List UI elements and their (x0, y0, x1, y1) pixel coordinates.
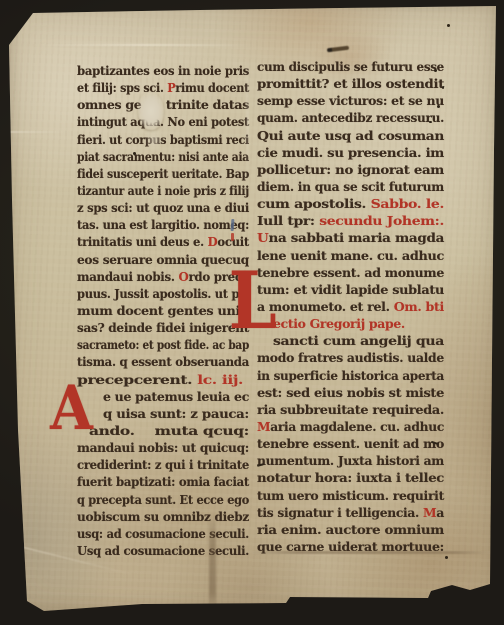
text-line-row: que carne uiderat mortuue: (257, 539, 444, 554)
text-line: tis signatur i telligencia. Ma (257, 502, 444, 519)
text-line: tenebre essent. uenit ad mo (257, 433, 444, 450)
text-line: q uisa sunt: z pauca: (77, 403, 249, 420)
text-line: puus. Jussit apostolis. ut pri (77, 283, 249, 300)
text-line-row: crediderint: z qui i trinitate (77, 457, 249, 472)
text-line-row: z sps sci: ut quoz una e diui (77, 200, 249, 215)
text-line: est: sed eius nobis st miste (257, 382, 444, 399)
text-line: in superficie historica aperta (257, 365, 444, 382)
text-line-row: sas? deinde fidei inigerent (77, 320, 249, 335)
text-line-row: quam. antecedibz recessuru. (257, 110, 444, 125)
text-line-row: eos seruare omnia quecuq (77, 252, 249, 267)
text-line: pollicetur: no ignorat eam (257, 159, 444, 176)
rubric-text: M (257, 419, 270, 434)
text-line-row: Iull tpr: secundu Johem:. (257, 213, 444, 228)
text-line-row: tenebre essent. ad monume (257, 265, 444, 280)
text-line: precepcerent. lc. iij. (77, 369, 249, 386)
text-line-row: omnes ge trinite datas (77, 97, 249, 112)
text-line-row: et filij: sps sci. Primu docent (77, 80, 249, 95)
rubric-text: lc. iij. (197, 372, 243, 387)
text-line-row: cum discipulis se futuru esse (257, 59, 444, 74)
shelfmark-inscription: S.VIII.A.LXXII.b (36, 5, 111, 13)
text-line-row: cum apostolis. Sabbo. le. (257, 196, 444, 211)
text-line: sas? deinde fidei inigerent (77, 317, 249, 334)
text-line: tizantur aute i noie pris z filij (77, 180, 249, 197)
text-line: cie mudi. su presencia. im (257, 142, 444, 159)
text-line-row: modo fratres audistis. ualde (257, 350, 444, 365)
text-line-row: ectio Gregorij pape. (273, 316, 405, 331)
text-line-row: numentum. Juxta histori am (257, 453, 444, 468)
rubric-text: Sabbo. le. (371, 196, 444, 211)
text-line-row: Maria magdalene. cu. adhuc (257, 419, 444, 434)
rubric-text: P (167, 80, 175, 95)
initial-L: L (229, 262, 277, 340)
text-line: tum: et vidit lapide sublatu (257, 279, 444, 296)
body-text: tenebre essent. uenit ad mo (257, 436, 444, 451)
text-line-row: ria subbreuitate requireda. (257, 402, 444, 417)
crease-line (8, 131, 70, 133)
body-text: promittit? et illos ostendit (257, 76, 444, 91)
body-text: sancti cum angelij qua (273, 333, 444, 348)
body-text: e ue patemus leuia ec (103, 389, 249, 404)
text-line-row: sacrameto: et post fide. ac bap (77, 337, 249, 352)
text-line-row: in superficie historica aperta (257, 368, 444, 383)
body-text: Qui aute usq ad cosuman (257, 128, 444, 143)
text-line: promittit? et illos ostendit (257, 73, 444, 90)
text-line: tisma. q essent obseruanda (77, 351, 249, 368)
text-line: uobiscum su omnibz diebz (77, 506, 249, 523)
ink-speck (437, 105, 440, 108)
body-text: puus. Jussit apostolis. ut pri (77, 286, 249, 301)
ink-speck (429, 121, 432, 123)
text-line: Usq ad cosumacione seculi. (77, 540, 249, 557)
body-text: sacrameto: et post fide. ac bap (77, 337, 249, 352)
text-line: ria subbreuitate requireda. (257, 399, 444, 416)
rubric-text: ectio Gregorij pape. (273, 316, 405, 331)
body-text: cum discipulis se futuru esse (257, 59, 444, 74)
text-line-row: precepcerent. lc. iij. (77, 372, 243, 387)
text-line-row: Una sabbati maria magda (257, 230, 444, 245)
body-text: tum uero misticum. requirit (257, 488, 444, 503)
text-line: baptizantes eos in noie pris (77, 60, 249, 77)
text-line: crediderint: z qui i trinitate (77, 454, 249, 471)
body-text: q uisa sunt: z pauca: (103, 406, 249, 421)
body-text: fidei susceperit ueritate. Bap (77, 166, 249, 181)
text-line-row: fieri. ut corpus baptismi reci (77, 132, 249, 147)
rubric-text: secundu Johem:. (319, 213, 444, 228)
text-line: sacrameto: et post fide. ac bap (77, 334, 249, 351)
body-text: cie mudi. su presencia. im (257, 145, 444, 160)
body-text: intingut aqua. No eni potest (77, 114, 249, 129)
text-line: q precepta sunt. Et ecce ego (77, 489, 249, 506)
body-text: omnes ge (77, 97, 141, 112)
text-line-row: trinitatis uni deus e. Docuit (77, 234, 249, 249)
rubric-text: M (423, 505, 436, 520)
body-text: tas. una est largitio. nomeq: (77, 217, 249, 232)
text-line: mandaui nobis: ut quicuq: (77, 437, 249, 454)
text-line: fuerit baptizati: omia faciat (77, 471, 249, 488)
text-line-row: e ue patemus leuia ec (103, 389, 249, 404)
manuscript-leaf: S.VIII.A.LXXII.b baptizantes eos in noie… (0, 0, 504, 625)
body-text: in superficie historica aperta (257, 368, 444, 383)
ink-speck (447, 24, 450, 27)
initial-A: A (50, 378, 93, 439)
text-line: trinitatis uni deus e. Docuit (77, 231, 249, 248)
text-line: eos seruare omnia quecuq (77, 249, 249, 266)
body-text: sas? deinde fidei inigerent (77, 320, 249, 335)
text-line: intingut aqua. No eni potest (77, 111, 249, 128)
text-line: lene uenit mane. cu. adhuc (257, 245, 444, 262)
body-text: Iull tpr: (257, 213, 319, 228)
body-text: precepcerent. (77, 372, 197, 387)
body-text: modo fratres audistis. ualde (257, 350, 444, 365)
text-line-row: tas. una est largitio. nomeq: (77, 217, 249, 232)
text-line: omnes ge trinite datas (77, 94, 249, 111)
text-line: diem. in qua se scit futurum (257, 176, 444, 193)
body-text: trinite datas (166, 97, 249, 112)
text-line: semp esse victuros: et se nu (257, 90, 444, 107)
body-text: rimu docent (175, 80, 249, 95)
text-line-row: tizantur aute i noie pris z filij (77, 183, 249, 198)
body-text: a monumeto. et rel. (257, 299, 394, 314)
text-line: a monumeto. et rel. Om. bti (257, 296, 444, 313)
body-text: trinitatis uni deus e. (77, 234, 208, 249)
body-text: diem. in qua se scit futurum (257, 179, 444, 194)
text-line: tas. una est largitio. nomeq: (77, 214, 249, 231)
body-text: Usq ad cosumacione seculi. (77, 543, 249, 558)
ink-speck (445, 556, 448, 559)
crease-line (30, 44, 260, 46)
text-line: ando. muta qcuq: (77, 420, 249, 437)
text-line: Maria magdalene. cu. adhuc (257, 416, 444, 433)
text-line-row: tisma. q essent obseruanda (77, 354, 249, 369)
body-text: baptizantes eos in noie pris (77, 63, 249, 78)
rubric-text: O (178, 269, 188, 284)
text-line: mum docent gentes uniu (77, 300, 249, 317)
body-text: que carne uiderat mortuue: (257, 539, 444, 554)
text-line-row: cie mudi. su presencia. im (257, 145, 444, 160)
text-line: numentum. Juxta histori am (257, 450, 444, 467)
text-line-row: uobiscum su omnibz diebz (77, 509, 249, 524)
body-text: piat sacramentu: nisi ante aia (77, 149, 249, 164)
body-text: tum: et vidit lapide sublatu (257, 282, 444, 297)
text-line: tum uero misticum. requirit (257, 485, 444, 502)
paraph-mark-red (231, 233, 234, 241)
text-line-row: sancti cum angelij qua (273, 333, 444, 348)
body-text: mum docent gentes uniu (77, 303, 249, 318)
text-line: ectio Gregorij pape. (257, 313, 444, 330)
text-line-row: diem. in qua se scit futurum (257, 179, 444, 194)
body-text: est: sed eius nobis st miste (257, 385, 444, 400)
ink-speck (133, 152, 136, 155)
body-text: a (436, 505, 444, 520)
body-text: uobiscum su omnibz diebz (77, 509, 249, 524)
body-text: semp esse victuros: et se nu (257, 93, 444, 108)
text-line-row: q precepta sunt. Et ecce ego (77, 492, 249, 507)
body-text: usq: ad cosumacione seculi. (77, 526, 249, 541)
text-line-row: est: sed eius nobis st miste (257, 385, 444, 400)
text-line-row: a monumeto. et rel. Om. bti (257, 299, 444, 314)
photo-background: S.VIII.A.LXXII.b baptizantes eos in noie… (0, 0, 504, 625)
body-text: crediderint: z qui i trinitate (77, 457, 249, 472)
text-line-row: promittit? et illos ostendit (257, 76, 444, 91)
text-line-row: fidei susceperit ueritate. Bap (77, 166, 249, 181)
text-line: Una sabbati maria magda (257, 227, 444, 244)
text-line: quam. antecedibz recessuru. (257, 107, 444, 124)
text-line: piat sacramentu: nisi ante aia (77, 146, 249, 163)
text-line: fidei susceperit ueritate. Bap (77, 163, 249, 180)
text-line: notatur hora: iuxta i tellec (257, 467, 444, 484)
body-text: fuerit baptizati: omia faciat (77, 474, 249, 489)
text-line: ria enim. auctore omnium (257, 519, 444, 536)
text-line: cum discipulis se futuru esse (257, 56, 444, 73)
text-line-row: tis signatur i telligencia. Ma (257, 505, 444, 520)
ink-speck (434, 69, 437, 72)
text-line: tenebre essent. ad monume (257, 262, 444, 279)
body-text: mandaui nobis: ut quicuq: (77, 440, 249, 455)
text-line: cum apostolis. Sabbo. le. (257, 193, 444, 210)
text-line: fieri. ut corpus baptismi reci (77, 129, 249, 146)
body-text: ria enim. auctore omnium (257, 522, 444, 537)
body-text: mandaui nobis. (77, 269, 178, 284)
text-line: modo fratres audistis. ualde (257, 347, 444, 364)
ink-speck (442, 86, 444, 89)
body-text (141, 97, 165, 112)
text-column-right: cum discipulis se futuru essepromittit? … (257, 56, 444, 553)
text-line-row: ria enim. auctore omnium (257, 522, 444, 537)
text-line-row: Usq ad cosumacione seculi. (77, 543, 249, 558)
text-column-left: baptizantes eos in noie priset filij: sp… (77, 60, 249, 557)
body-text: notatur hora: iuxta i tellec (257, 470, 444, 485)
body-text: numentum. Juxta histori am (257, 453, 444, 468)
text-line-row: ando. muta qcuq: (89, 423, 249, 438)
rubric-text: U (257, 230, 268, 245)
text-line-row: piat sacramentu: nisi ante aia (77, 149, 249, 164)
parchment-slit (327, 46, 349, 53)
body-text: lene uenit mane. cu. adhuc (257, 248, 444, 263)
body-text: z sps sci: ut quoz una e diui (77, 200, 249, 215)
text-line: que carne uiderat mortuue: (257, 536, 444, 553)
text-line: z sps sci: ut quoz una e diui (77, 197, 249, 214)
text-line-row: intingut aqua. No eni potest (77, 114, 249, 129)
body-text: quam. antecedibz recessuru. (257, 110, 444, 125)
text-line-row: mandaui nobis. Ordo prece (77, 269, 249, 284)
body-text: tisma. q essent obseruanda (77, 354, 249, 369)
body-text: ria subbreuitate requireda. (257, 402, 444, 417)
body-text: et filij: sps sci. (77, 80, 167, 95)
rubric-text: Om. bti (394, 299, 444, 314)
body-text: tis signatur i telligencia. (257, 505, 423, 520)
body-text: eos seruare omnia quecuq (77, 252, 249, 267)
text-line: mandaui nobis. Ordo prece (77, 266, 249, 283)
text-line-row: pollicetur: no ignorat eam (257, 162, 444, 177)
text-line: Qui aute usq ad cosuman (257, 125, 444, 142)
body-text: tenebre essent. ad monume (257, 265, 444, 280)
body-text: pollicetur: no ignorat eam (257, 162, 444, 177)
text-line: Iull tpr: secundu Johem:. (257, 210, 444, 227)
body-text: aria magdalene. cu. adhuc (270, 419, 444, 434)
text-line-row: fuerit baptizati: omia faciat (77, 474, 249, 489)
body-text: fieri. ut corpus baptismi reci (77, 132, 249, 147)
body-text: cum apostolis. (257, 196, 371, 211)
text-line: usq: ad cosumacione seculi. (77, 523, 249, 540)
text-line-row: lene uenit mane. cu. adhuc (257, 248, 444, 263)
text-line-row: mum docent gentes uniu (77, 303, 249, 318)
body-text: na sabbati maria magda (268, 230, 444, 245)
text-line-row: usq: ad cosumacione seculi. (77, 526, 249, 541)
text-line-row: Qui aute usq ad cosuman (257, 128, 444, 143)
body-text: q precepta sunt. Et ecce ego (77, 492, 249, 507)
text-line-row: q uisa sunt: z pauca: (103, 406, 249, 421)
text-line: e ue patemus leuia ec (77, 386, 249, 403)
text-line-row: baptizantes eos in noie pris (77, 63, 249, 78)
body-text: tizantur aute i noie pris z filij (77, 183, 249, 198)
body-text: ando. muta qcuq: (89, 423, 249, 438)
rubric-text: D (208, 234, 218, 249)
text-line-row: tenebre essent. uenit ad mo (257, 436, 444, 451)
text-line-row: tum: et vidit lapide sublatu (257, 282, 444, 297)
text-line-row: notatur hora: iuxta i tellec (257, 470, 444, 485)
text-line-row: puus. Jussit apostolis. ut pri (77, 286, 249, 301)
text-line-row: tum uero misticum. requirit (257, 488, 444, 503)
text-line-row: semp esse victuros: et se nu (257, 93, 444, 108)
text-line: sancti cum angelij qua (257, 330, 444, 347)
text-line-row: mandaui nobis: ut quicuq: (77, 440, 249, 455)
text-line: et filij: sps sci. Primu docent (77, 77, 249, 94)
